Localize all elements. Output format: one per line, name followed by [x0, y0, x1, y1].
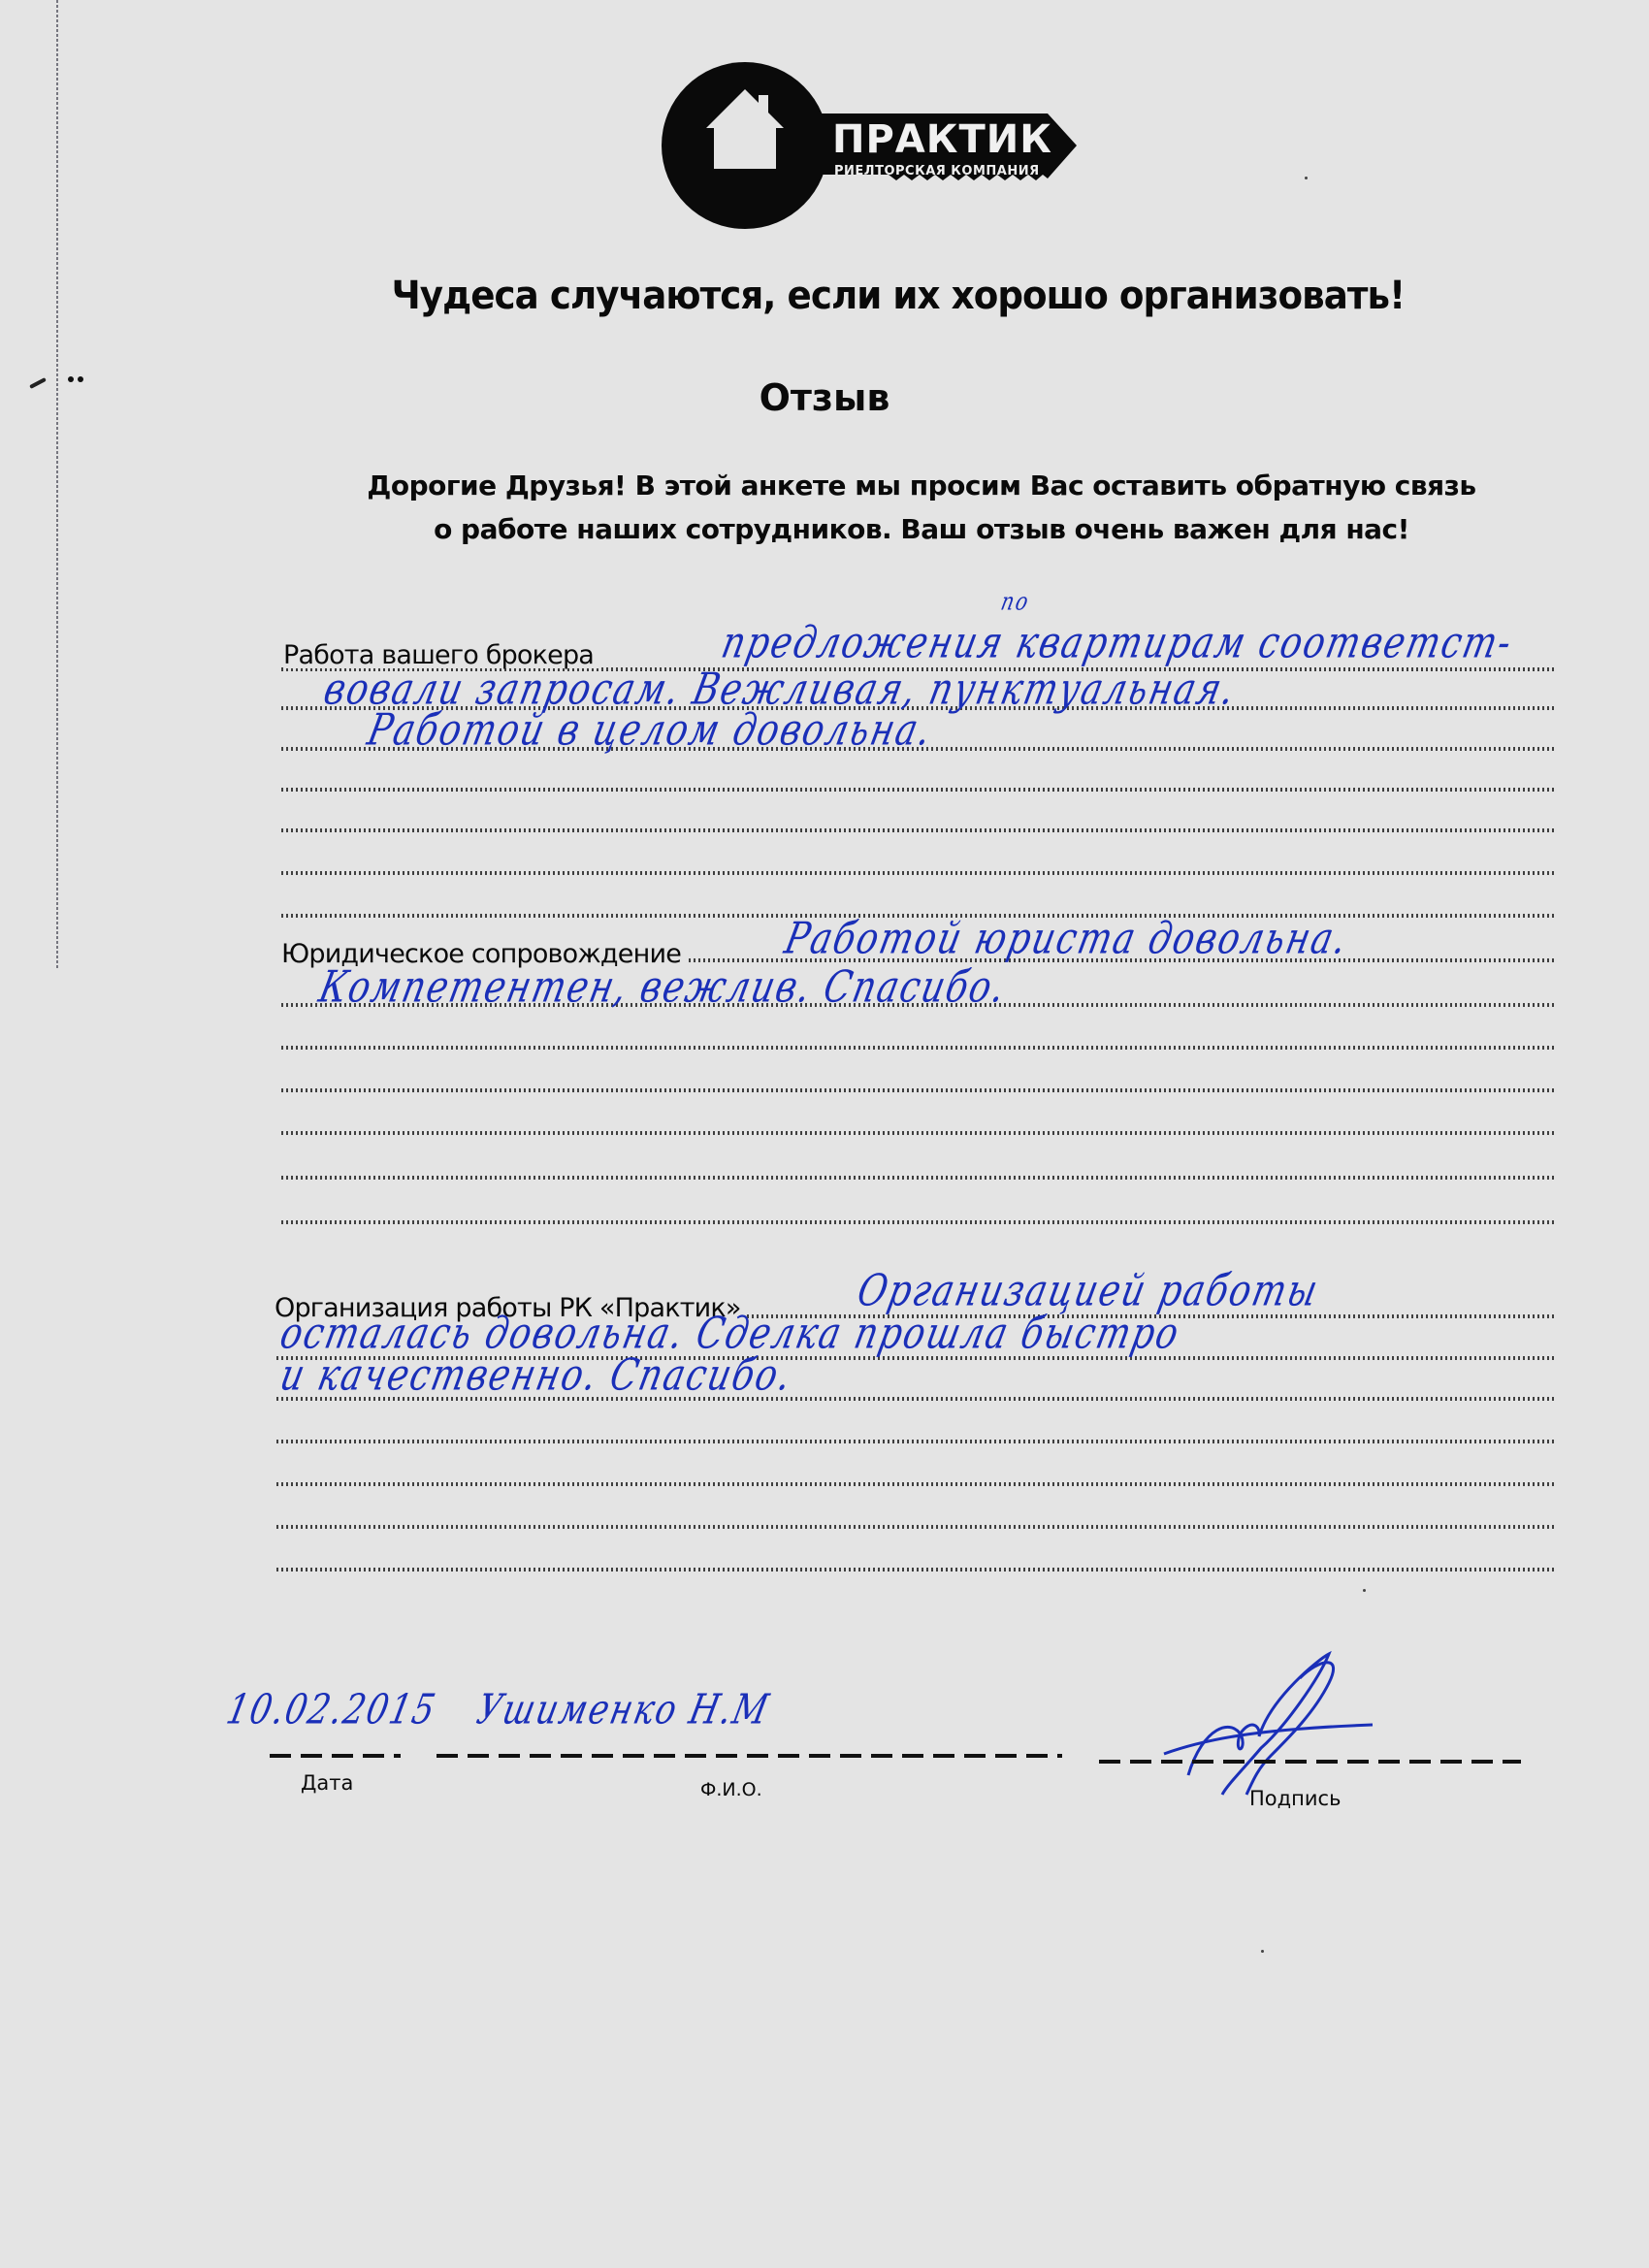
dotted-line — [276, 1482, 1557, 1486]
dotted-line — [281, 1176, 1557, 1180]
signature-caption: Подпись — [1249, 1787, 1341, 1810]
handwritten-answer-line[interactable]: Организацией работы — [854, 1270, 1323, 1313]
page-title: Отзыв — [0, 376, 1649, 419]
handwritten-answer-line[interactable]: Работой юриста довольна. — [781, 918, 1352, 961]
dotted-line — [281, 1046, 1557, 1050]
scan-speck — [1305, 177, 1308, 179]
dotted-line — [281, 1088, 1557, 1092]
logo-subtitle: РИЕЛТОРСКАЯ КОМПАНИЯ — [834, 165, 1040, 178]
date-value[interactable]: 10.02.2015 — [223, 1690, 440, 1732]
handwritten-answer-line[interactable]: предложения квартирам соответст- — [718, 622, 1517, 665]
logo-brand-name: ПРАКТИК — [832, 120, 1052, 159]
dotted-line — [276, 1440, 1557, 1443]
name-caption: Ф.И.О. — [700, 1779, 762, 1800]
signature-icon[interactable] — [1125, 1639, 1436, 1804]
handwritten-answer-line[interactable]: Компетентен, вежлив. Спасибо. — [315, 966, 1010, 1010]
handwritten-answer-line[interactable]: и качественно. Спасибо. — [276, 1354, 796, 1398]
company-logo: ПРАКТИК РИЕЛТОРСКАЯ КОМПАНИЯ — [660, 60, 1086, 230]
dotted-line — [281, 1220, 1557, 1224]
dotted-line — [276, 1525, 1557, 1529]
intro-line-1: Дорогие Друзья! В этой анкете мы просим … — [272, 464, 1571, 507]
date-caption: Дата — [301, 1771, 353, 1795]
dotted-line — [281, 828, 1557, 832]
scan-speck — [1363, 1589, 1366, 1592]
date-line — [270, 1754, 401, 1758]
handwritten-answer-line[interactable]: Работой в целом довольна. — [364, 709, 936, 753]
slogan: Чудеса случаются, если их хорошо организ… — [330, 274, 1467, 318]
handwritten-answer-line[interactable]: осталась довольна. Сделка прошла быстро — [276, 1312, 1183, 1356]
dotted-line — [281, 788, 1557, 792]
intro-line-2: о работе наших сотрудников. Ваш отзыв оч… — [272, 507, 1571, 551]
dotted-line — [276, 1568, 1557, 1571]
dotted-line — [281, 871, 1557, 875]
name-value[interactable]: Ушименко Н.М — [473, 1690, 773, 1732]
signature-line — [1099, 1760, 1521, 1764]
scan-speck — [1261, 1950, 1264, 1953]
dotted-line — [281, 1131, 1557, 1135]
intro-text: Дорогие Друзья! В этой анкете мы просим … — [272, 464, 1571, 551]
name-line — [436, 1754, 1062, 1758]
handwritten-insertion: по — [999, 589, 1032, 613]
scan-edge-mark — [56, 0, 58, 970]
